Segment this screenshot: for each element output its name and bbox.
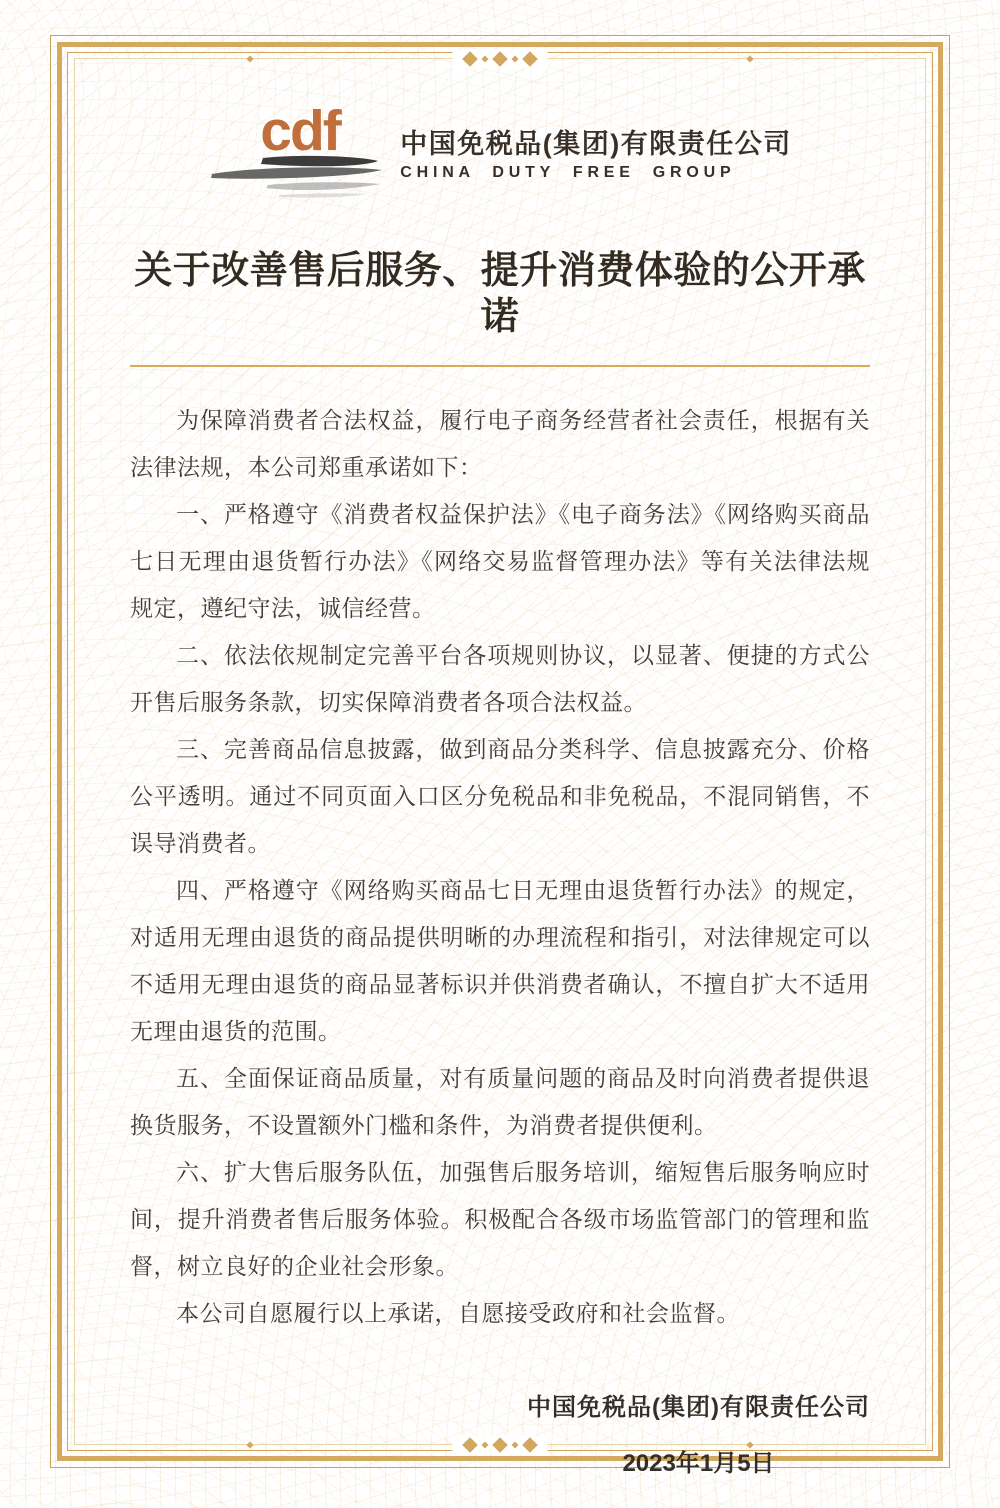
paragraph: 六、扩大售后服务队伍，加强售后服务培训，缩短售后服务响应时间，提升消费者售后服务… [130,1149,870,1290]
paragraph: 四、严格遵守《网络购买商品七日无理由退货暂行办法》的规定，对适用无理由退货的商品… [130,867,870,1055]
diamond-dot-icon [246,55,253,62]
paragraph: 一、严格遵守《消费者权益保护法》《电子商务法》《网络购买商品七日无理由退货暂行办… [130,491,870,632]
company-name-cn: 中国免税品(集团)有限责任公司 [400,128,791,162]
certificate-page: cdf 中国免税品(集团)有限责任公司 CHINA DUTY FREE GROU… [0,0,1000,1508]
body-paragraphs: 为保障消费者合法权益，履行电子商务经营者社会责任，根据有关法律法规，本公司郑重承… [130,397,870,1337]
company-name-block: 中国免税品(集团)有限责任公司 CHINA DUTY FREE GROUP [400,128,791,183]
signature-date: 2023年1月5日 [622,1443,774,1478]
cdf-logo: cdf [208,111,386,199]
diamond-icon [511,55,518,62]
cdf-wordmark: cdf [260,103,340,160]
paragraph: 二、依法依规制定完善平台各项规则协议，以显著、便捷的方式公开售后服务条款，切实保… [130,632,870,726]
paragraph: 五、全面保证商品质量，对有质量问题的商品及时向消费者提供退换货服务，不设置额外门… [130,1055,870,1149]
diamond-icon [522,51,538,67]
diamond-ornament-top [453,50,548,69]
signature-company: 中国免税品(集团)有限责任公司 [527,1387,870,1422]
diamond-icon [481,55,488,62]
paragraph: 三、完善商品信息披露，做到商品分类科学、信息披露充分、价格公平透明。通过不同页面… [130,726,870,867]
paragraph: 为保障消费者合法权益，履行电子商务经营者社会责任，根据有关法律法规，本公司郑重承… [130,397,870,491]
title-underline [130,365,870,367]
document-content: cdf 中国免税品(集团)有限责任公司 CHINA DUTY FREE GROU… [130,105,870,1478]
company-logo-header: cdf 中国免税品(集团)有限责任公司 CHINA DUTY FREE GROU… [130,111,870,199]
company-name-en: CHINA DUTY FREE GROUP [400,164,735,182]
ink-brush-stroke-icon [208,153,386,199]
diamond-dot-icon [746,55,753,62]
paragraph: 本公司自愿履行以上承诺，自愿接受政府和社会监督。 [130,1290,870,1337]
diamond-icon [492,51,508,67]
document-title: 关于改善售后服务、提升消费体验的公开承诺 [130,249,870,340]
signature-block: 中国免税品(集团)有限责任公司 2023年1月5日 [527,1387,870,1478]
diamond-icon [462,51,478,67]
